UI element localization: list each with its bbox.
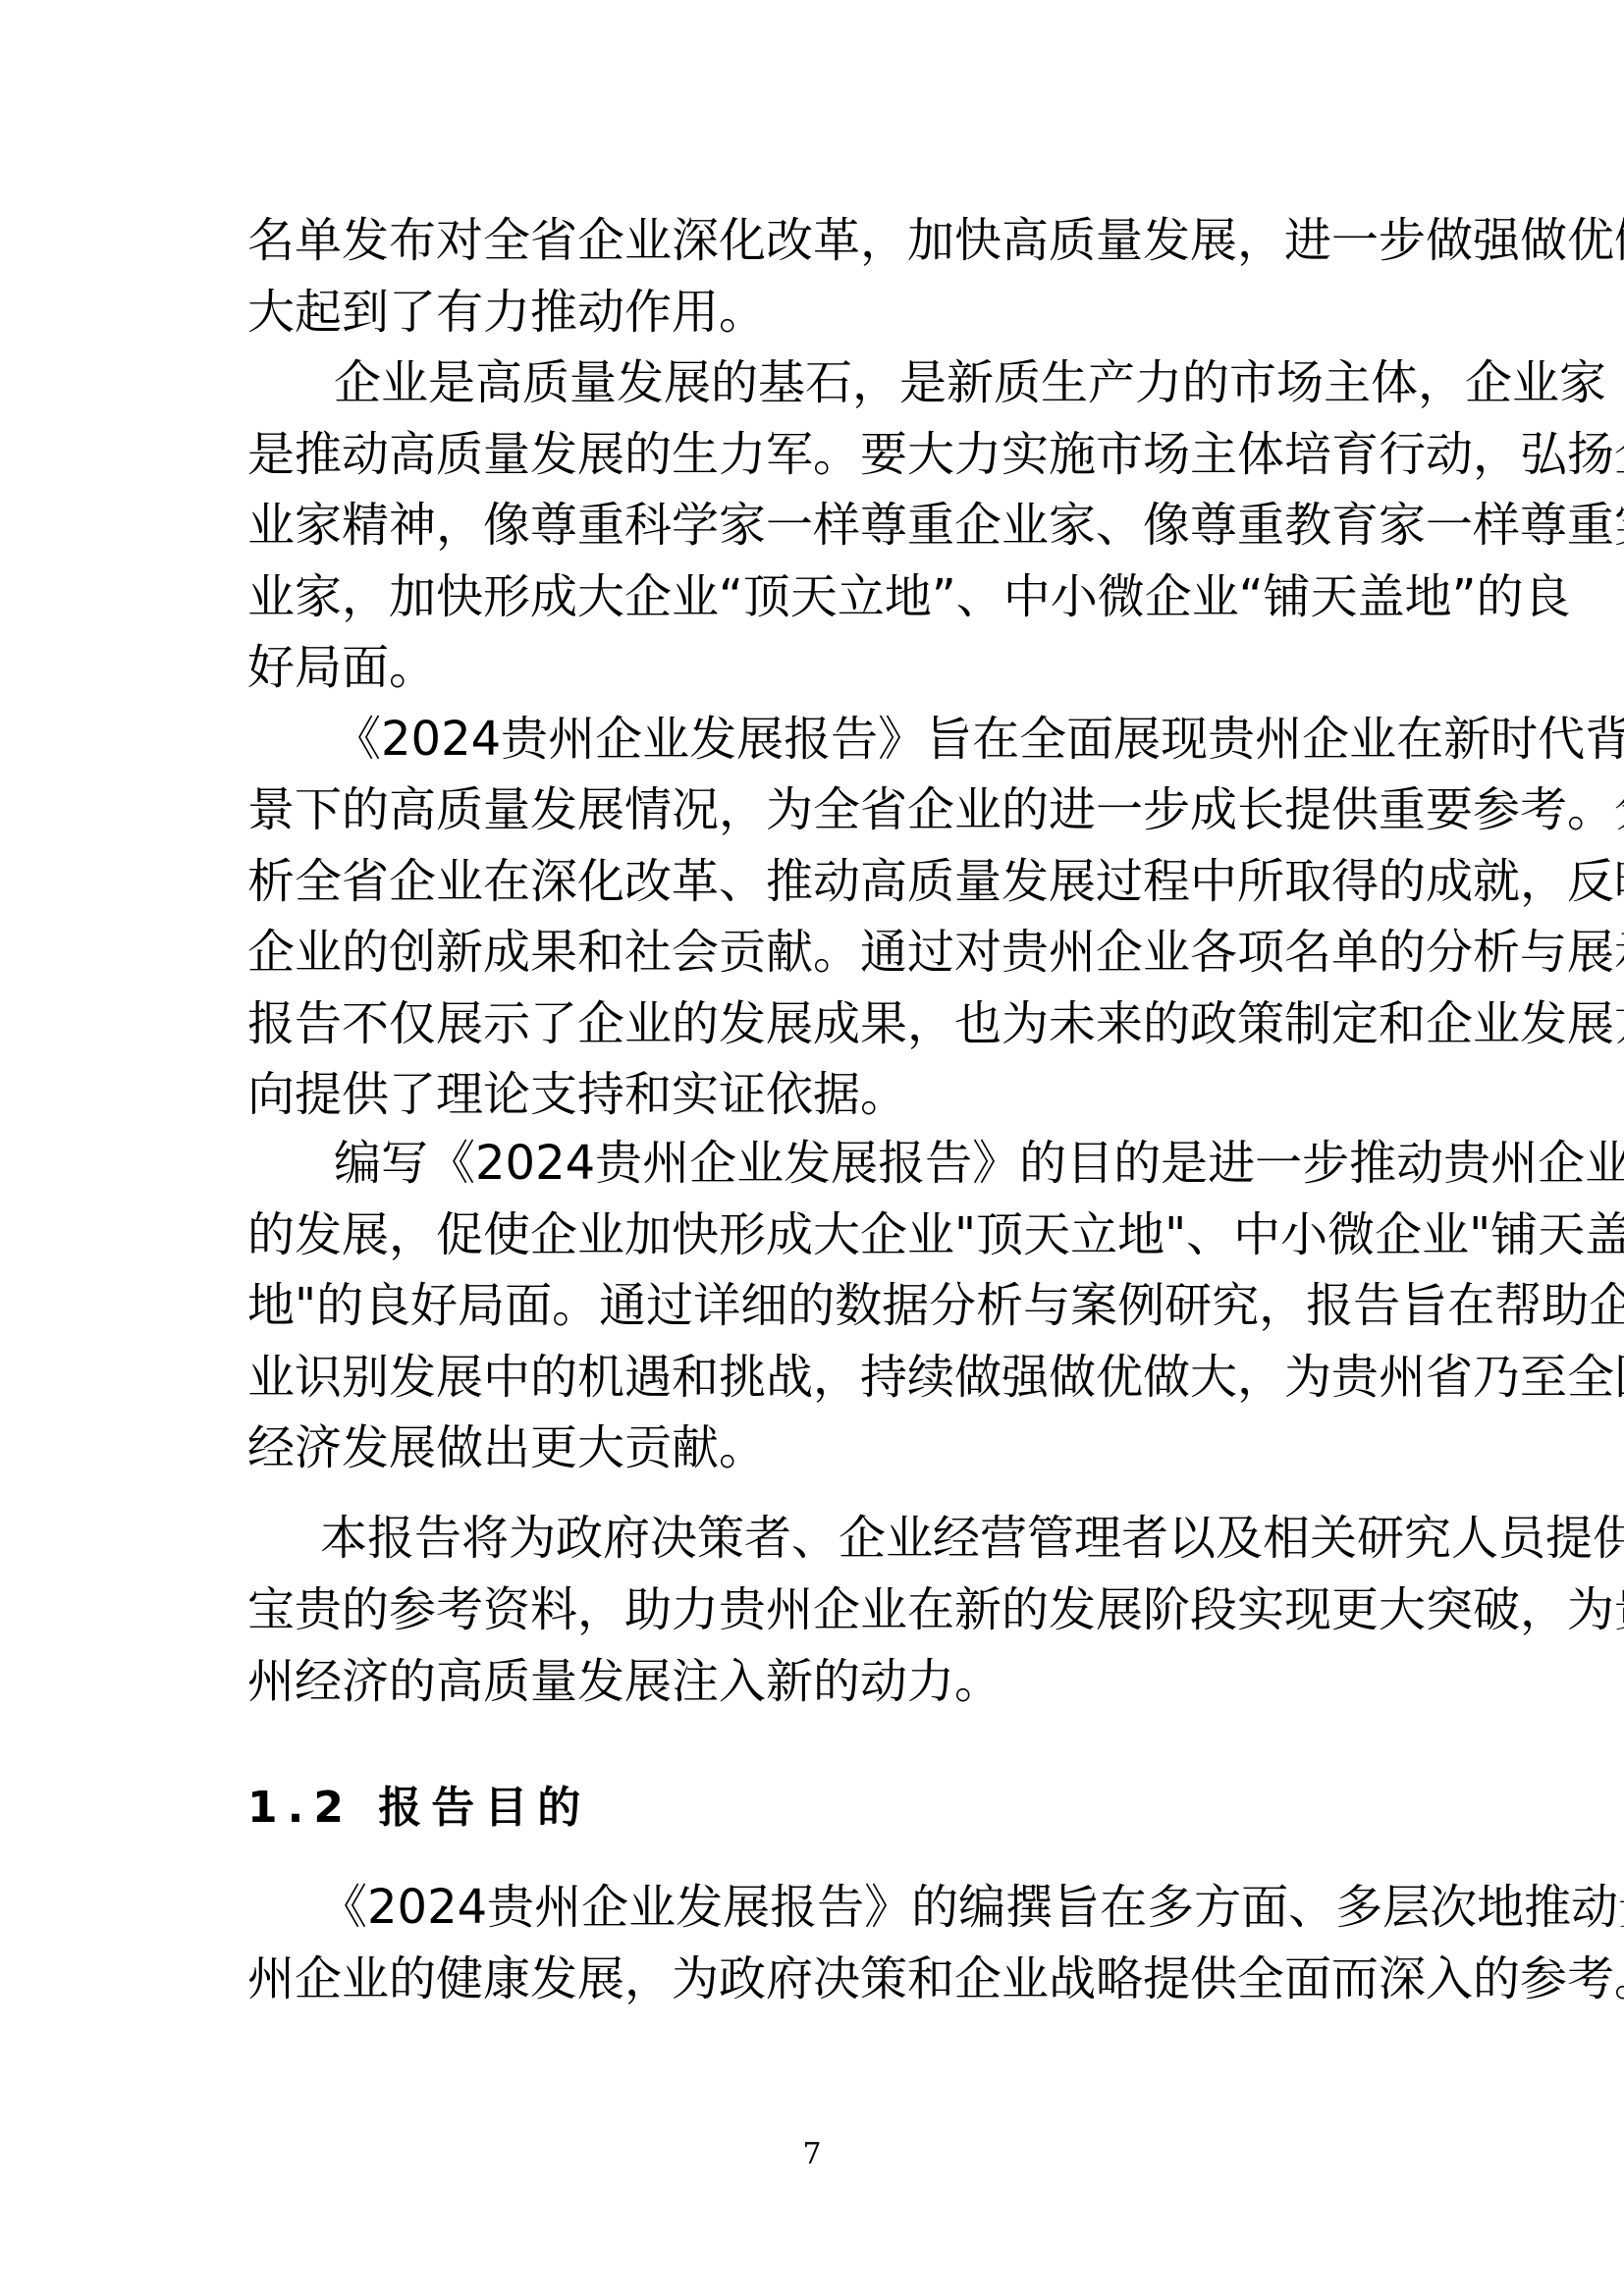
paragraph-5-line-3: 州经济的高质量发展注入新的动力。 [247,1652,1388,1711]
paragraph-2-line-3: 业家精神，像尊重科学家一样尊重企业家、像尊重教育家一样尊重实 [247,496,1388,555]
paragraph-4-line-1: 编写《2024贵州企业发展报告》的目的是进一步推动贵州企业 [334,1134,1388,1193]
paragraph-4-line-5: 经济发展做出更大贡献。 [247,1418,1388,1477]
paragraph-6-line-1: 《2024贵州企业发展报告》的编撰旨在多方面、多层次地推动贵 [320,1878,1388,1937]
paragraph-2-line-1: 企业是高质量发展的基石，是新质生产力的市场主体，企业家 [334,353,1388,412]
document-page: 名单发布对全省企业深化改革，加快高质量发展，进一步做强做优做 大起到了有力推动作… [0,0,1624,2296]
paragraph-2-line-2: 是推动高质量发展的生力军。要大力实施市场主体培育行动，弘扬企 [247,425,1388,484]
section-heading: 1.2 报告目的 [247,1781,590,1836]
paragraph-3-line-1: 《2024贵州企业发展报告》旨在全面展现贵州企业在新时代背 [334,710,1388,769]
paragraph-3-line-6: 向提供了理论支持和实证依据。 [247,1065,1388,1124]
paragraph-5-line-1: 本报告将为政府决策者、企业经营管理者以及相关研究人员提供 [320,1509,1388,1568]
paragraph-3-line-2: 景下的高质量发展情况，为全省企业的进一步成长提供重要参考。分 [247,780,1388,839]
paragraph-2-line-5: 好局面。 [247,638,1388,697]
paragraph-3-line-3: 析全省企业在深化改革、推动高质量发展过程中所取得的成就，反映 [247,852,1388,911]
paragraph-4-line-3: 地"的良好局面。通过详细的数据分析与案例研究，报告旨在帮助企 [247,1276,1388,1335]
paragraph-1-line-1: 名单发布对全省企业深化改革，加快高质量发展，进一步做强做优做 [247,211,1388,270]
paragraph-3-line-4: 企业的创新成果和社会贡献。通过对贵州企业各项名单的分析与展示， [247,923,1388,982]
paragraph-4-line-2: 的发展，促使企业加快形成大企业"顶天立地"、中小微企业"铺天盖 [247,1205,1388,1264]
paragraph-5-line-2: 宝贵的参考资料，助力贵州企业在新的发展阶段实现更大突破，为贵 [247,1580,1388,1639]
paragraph-1-line-2: 大起到了有力推动作用。 [247,283,1388,342]
paragraph-6-line-2: 州企业的健康发展，为政府决策和企业战略提供全面而深入的参考。 [247,1949,1388,2008]
paragraph-3-line-5: 报告不仅展示了企业的发展成果，也为未来的政策制定和企业发展方 [247,994,1388,1053]
paragraph-4-line-4: 业识别发展中的机遇和挑战，持续做强做优做大，为贵州省乃至全国 [247,1348,1388,1407]
page-number: 7 [0,2135,1624,2174]
paragraph-2-line-4: 业家，加快形成大企业“顶天立地”、中小微企业“铺天盖地”的良 [247,567,1388,626]
